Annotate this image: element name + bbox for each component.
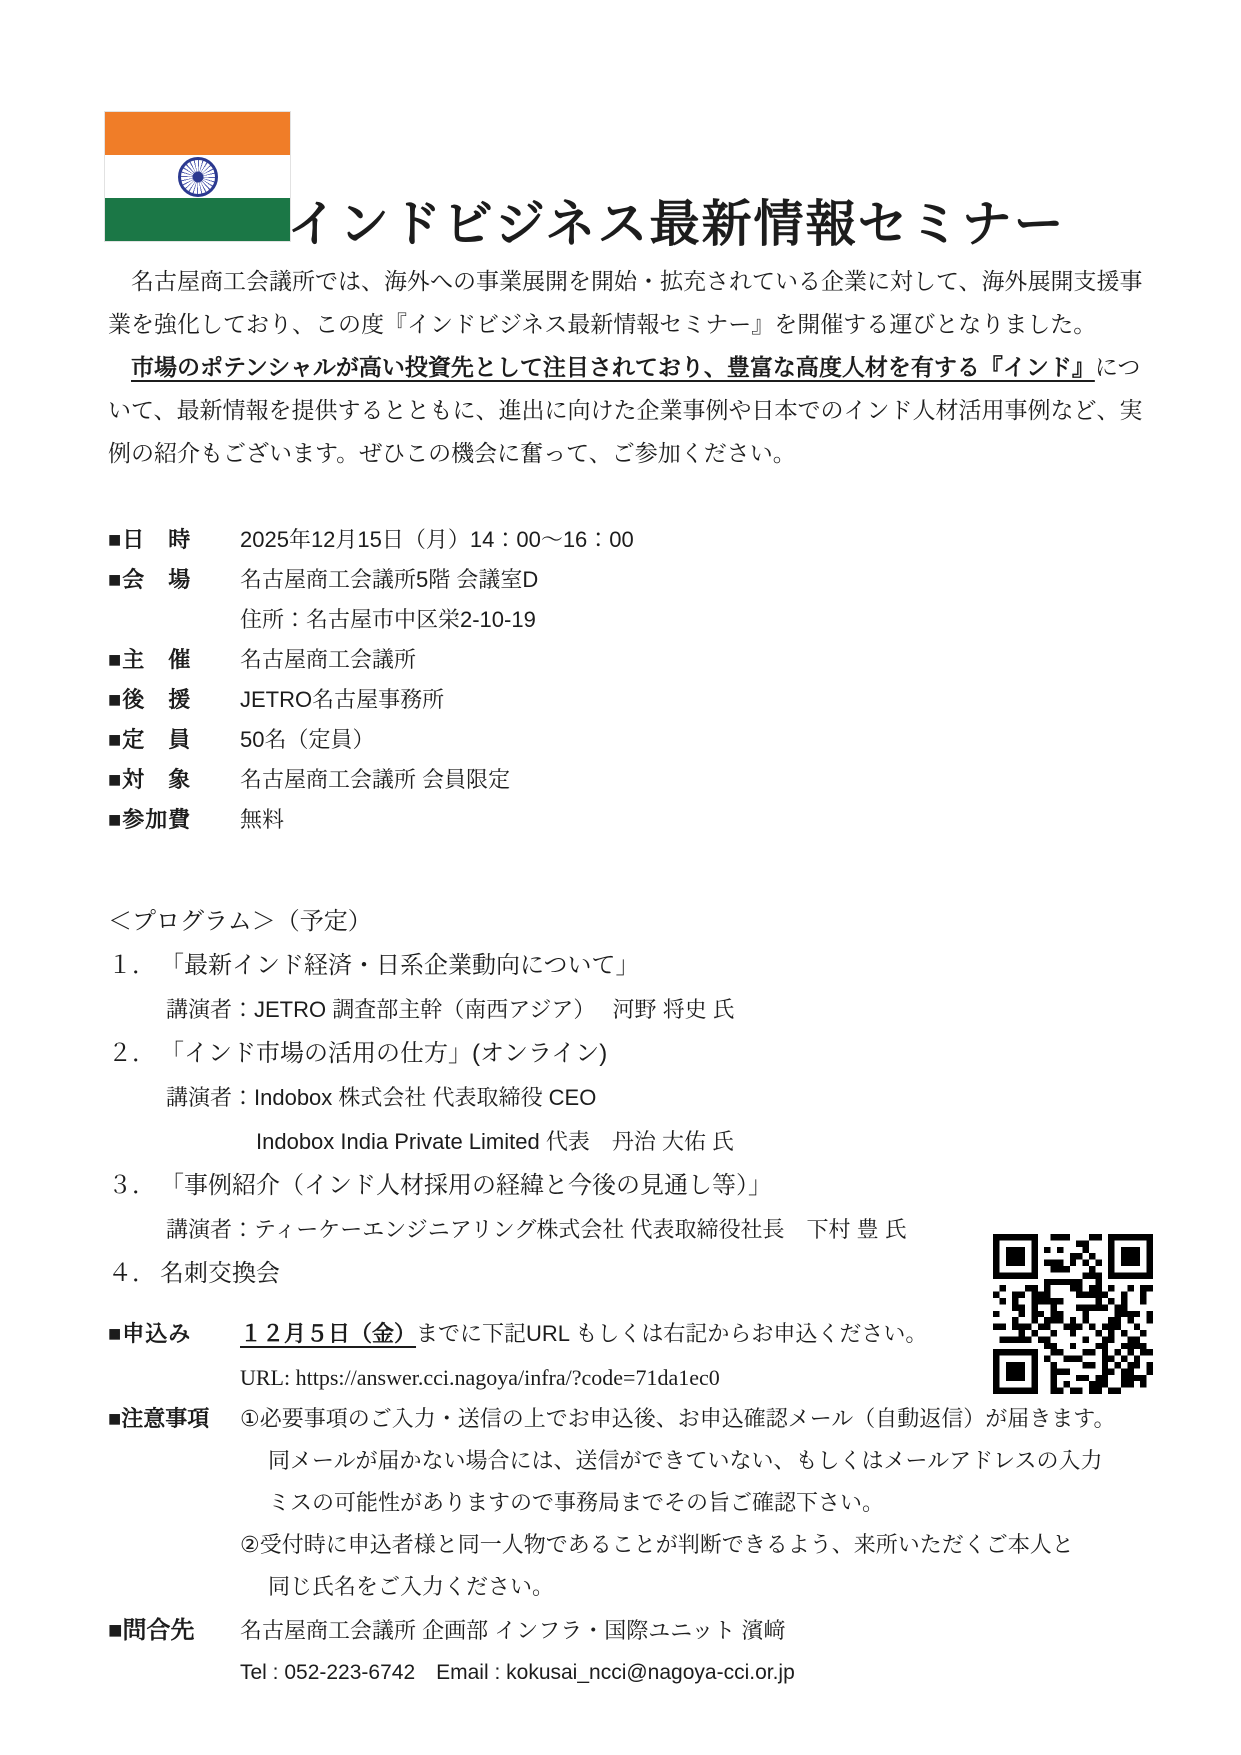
venue-address: 住所：名古屋市中区栄2-10-19 (240, 600, 634, 640)
note-line-1: ①必要事項のご入力・送信の上でお申込後、お申込確認メール（自動返信）が届きます。 (240, 1398, 1116, 1440)
note-line-3: ミスの可能性がありますので事務局までその旨ご確認下さい。 (268, 1482, 1116, 1524)
contact-unit: 名古屋商工会議所 企画部 インフラ・国際ユニット 濱﨑 (240, 1610, 785, 1652)
detail-label: ■日 時 (108, 520, 240, 560)
flag-saffron-stripe (105, 112, 290, 155)
detail-label: ■会 場 (108, 560, 240, 600)
apply-url-link[interactable]: https://answer.cci.nagoya/infra/?code=71… (296, 1365, 720, 1390)
ashoka-chakra-icon (178, 157, 218, 197)
detail-value: 2025年12月15日（月）14：00～16：00 (240, 520, 634, 560)
note-line-5: 同じ氏名をご入力ください。 (268, 1566, 1116, 1608)
intro-line: 業を強化しており、この度『インドビジネス最新情報セミナー』を開催する運びとなりま… (108, 303, 1168, 346)
detail-value: 名古屋商工会議所 (240, 640, 416, 680)
program-section: ＜プログラム＞（予定） １．「最新インド経済・日系企業動向について」 講演者：J… (108, 900, 907, 1296)
intro-line: 市場のポテンシャルが高い投資先として注目されており、豊富な高度人材を有する『イン… (108, 346, 1168, 389)
detail-label: ■対 象 (108, 760, 240, 800)
india-flag-logo (105, 112, 290, 241)
intro-line: 名古屋商工会議所では、海外への事業展開を開始・拡充されている企業に対して、海外展… (108, 260, 1168, 303)
detail-row-fee: ■参加費 無料 (108, 800, 634, 840)
page-title: インドビジネス最新情報セミナー (287, 184, 1066, 256)
intro-line: 例の紹介もございます。ぜひこの機会に奮って、ご参加ください。 (108, 432, 1168, 475)
detail-value: 名古屋商工会議所 会員限定 (240, 760, 510, 800)
event-details-list: ■日 時 2025年12月15日（月）14：00～16：00 ■会 場 名古屋商… (108, 520, 634, 840)
notes-label: ■注意事項 (108, 1398, 240, 1440)
detail-label: ■参加費 (108, 800, 240, 840)
intro-paragraphs: 名古屋商工会議所では、海外への事業展開を開始・拡充されている企業に対して、海外展… (108, 260, 1168, 475)
program-item-1: １．「最新インド経済・日系企業動向について」 (108, 944, 907, 988)
seminar-flyer-page: インドビジネス最新情報セミナー 名古屋商工会議所では、海外への事業展開を開始・拡… (0, 0, 1241, 1755)
flag-white-stripe (105, 155, 290, 198)
note-line-2: 同メールが届かない場合には、送信ができていない、もしくはメールアドレスの入力 (268, 1440, 1116, 1482)
apply-label: ■申込み (108, 1312, 240, 1356)
flag-green-stripe (105, 198, 290, 241)
note-line-4: ②受付時に申込者様と同一人物であることが判断できるよう、来所いただくご本人と (240, 1524, 1116, 1566)
intro-line: いて、最新情報を提供するとともに、進出に向けた企業事例や日本でのインド人材活用事… (108, 389, 1168, 432)
url-label: URL: (240, 1365, 290, 1390)
contact-label: ■問合先 (108, 1610, 240, 1652)
detail-row-capacity: ■定 員 50名（定員） (108, 720, 634, 760)
notes-row: ■注意事項 ①必要事項のご入力・送信の上でお申込後、お申込確認メール（自動返信）… (108, 1398, 1116, 1440)
detail-row-organizer: ■主 催 名古屋商工会議所 (108, 640, 634, 680)
detail-value: 50名（定員） (240, 720, 374, 760)
program-speaker-2: 講演者：Indobox 株式会社 代表取締役 CEO (166, 1076, 907, 1120)
program-item-3: ３．「事例紹介（インド人材採用の経緯と今後の見通し等）」 (108, 1164, 907, 1208)
detail-label: ■定 員 (108, 720, 240, 760)
program-item-4: ４．名刺交換会 (108, 1252, 907, 1296)
contact-row: ■問合先 名古屋商工会議所 企画部 インフラ・国際ユニット 濱﨑 (108, 1610, 795, 1652)
detail-label: ■後 援 (108, 680, 240, 720)
detail-row-datetime: ■日 時 2025年12月15日（月）14：00～16：00 (108, 520, 634, 560)
contact-section: ■問合先 名古屋商工会議所 企画部 インフラ・国際ユニット 濱﨑 Tel : 0… (108, 1610, 795, 1694)
program-heading: ＜プログラム＞（予定） (108, 900, 907, 944)
program-item-2: ２．「インド市場の活用の仕方」(オンライン) (108, 1032, 907, 1076)
detail-row-support: ■後 援 JETRO名古屋事務所 (108, 680, 634, 720)
notes-section: ■注意事項 ①必要事項のご入力・送信の上でお申込後、お申込確認メール（自動返信）… (108, 1398, 1116, 1608)
apply-row: ■申込み １２月５日（金）までに下記URL もしくは右記からお申込ください。 (108, 1312, 927, 1356)
apply-text: １２月５日（金）までに下記URL もしくは右記からお申込ください。 (240, 1312, 927, 1356)
apply-url-line: URL: https://answer.cci.nagoya/infra/?co… (240, 1356, 927, 1400)
detail-value: 無料 (240, 800, 284, 840)
program-speaker-1: 講演者：JETRO 調査部主幹（南西アジア） 河野 将史 氏 (166, 988, 907, 1032)
detail-label: ■主 催 (108, 640, 240, 680)
apply-section: ■申込み １２月５日（金）までに下記URL もしくは右記からお申込ください。 U… (108, 1312, 927, 1400)
program-speaker-2b: Indobox India Private Limited 代表 丹治 大佑 氏 (256, 1120, 907, 1164)
program-speaker-3: 講演者：ティーケーエンジニアリング株式会社 代表取締役社長 下村 豊 氏 (166, 1208, 907, 1252)
qr-code-apply (993, 1234, 1153, 1394)
detail-value: 名古屋商工会議所5階 会議室D (240, 560, 538, 600)
detail-row-venue: ■会 場 名古屋商工会議所5階 会議室D (108, 560, 634, 600)
apply-deadline: １２月５日（金） (240, 1321, 416, 1346)
detail-value: JETRO名古屋事務所 (240, 680, 444, 720)
contact-tel-email: Tel : 052-223-6742 Email : kokusai_ncci@… (240, 1652, 795, 1694)
highlight-india-text: 市場のポテンシャルが高い投資先として注目されており、豊富な高度人材を有する『イン… (131, 354, 1095, 380)
detail-row-audience: ■対 象 名古屋商工会議所 会員限定 (108, 760, 634, 800)
